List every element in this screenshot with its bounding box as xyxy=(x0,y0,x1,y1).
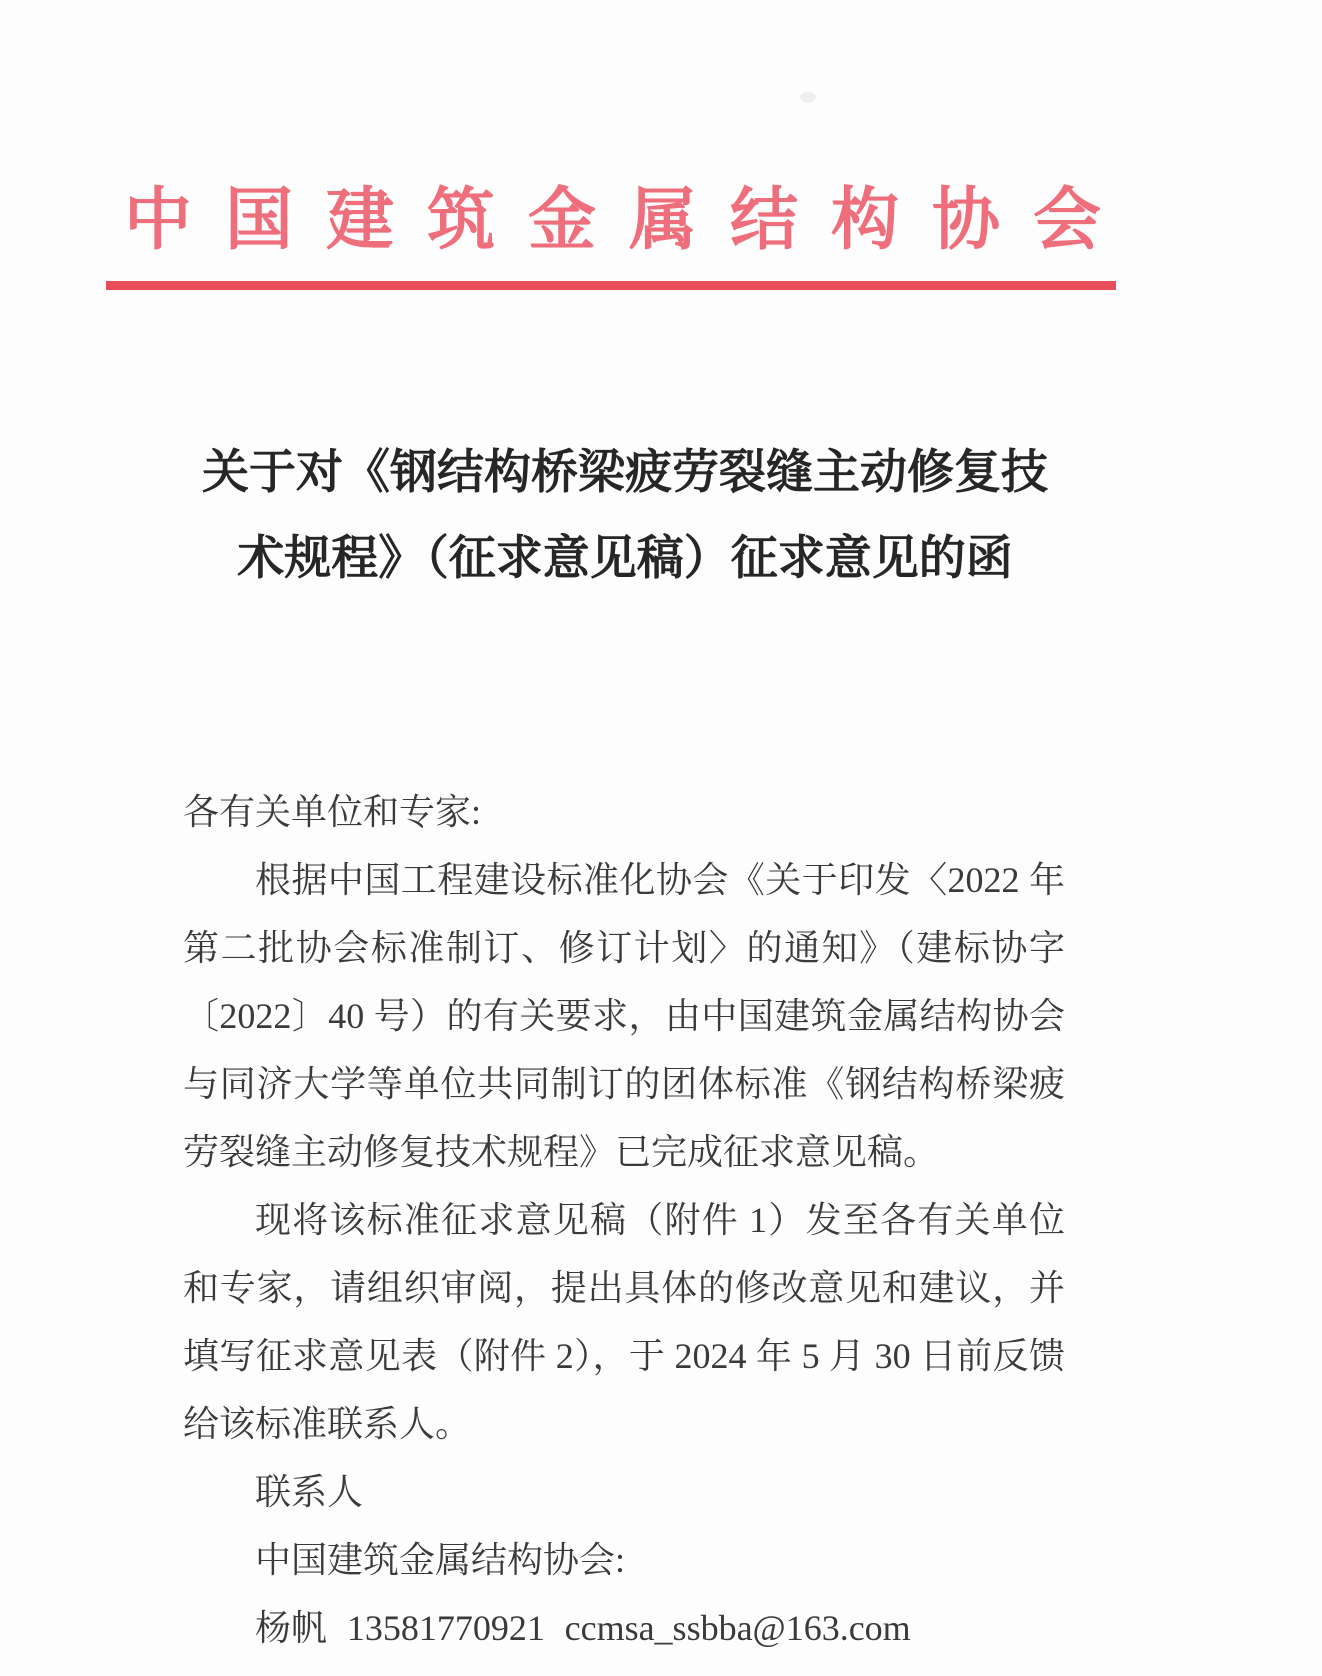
letterhead-org-name: 中国建筑金属结构协会 xyxy=(124,180,1134,262)
letter-title-line-1: 关于对《钢结构桥梁疲劳裂缝主动修复技 xyxy=(150,430,1100,516)
scan-artifact xyxy=(800,92,816,103)
scanned-letter-page: 中国建筑金属结构协会 关于对《钢结构桥梁疲劳裂缝主动修复技 术规程》（征求意见稿… xyxy=(0,0,1322,1676)
salutation: 各有关单位和专家: xyxy=(183,778,1065,846)
contact-organization: 中国建筑金属结构协会: xyxy=(183,1526,1065,1594)
paragraph-feedback-request: 现将该标准征求意见稿（附件 1）发至各有关单位和专家，请组织审阅，提出具体的修改… xyxy=(183,1186,1065,1458)
contact-email: ccmsa_ssbba@163.com xyxy=(565,1608,911,1648)
contact-line: 杨帆13581770921ccmsa_ssbba@163.com xyxy=(183,1594,1065,1662)
contact-name: 杨帆 xyxy=(255,1608,327,1648)
contact-heading: 联系人 xyxy=(183,1458,1065,1526)
letter-title: 关于对《钢结构桥梁疲劳裂缝主动修复技 术规程》（征求意见稿）征求意见的函 xyxy=(150,430,1100,602)
letterhead-rule xyxy=(106,281,1116,290)
letter-body: 各有关单位和专家: 根据中国工程建设标准化协会《关于印发〈2022 年第二批协会… xyxy=(183,778,1065,1662)
contact-phone: 13581770921 xyxy=(347,1608,545,1648)
paragraph-standard-plan: 根据中国工程建设标准化协会《关于印发〈2022 年第二批协会标准制订、修订计划〉… xyxy=(183,846,1065,1186)
letter-title-line-2: 术规程》（征求意见稿）征求意见的函 xyxy=(150,516,1100,602)
